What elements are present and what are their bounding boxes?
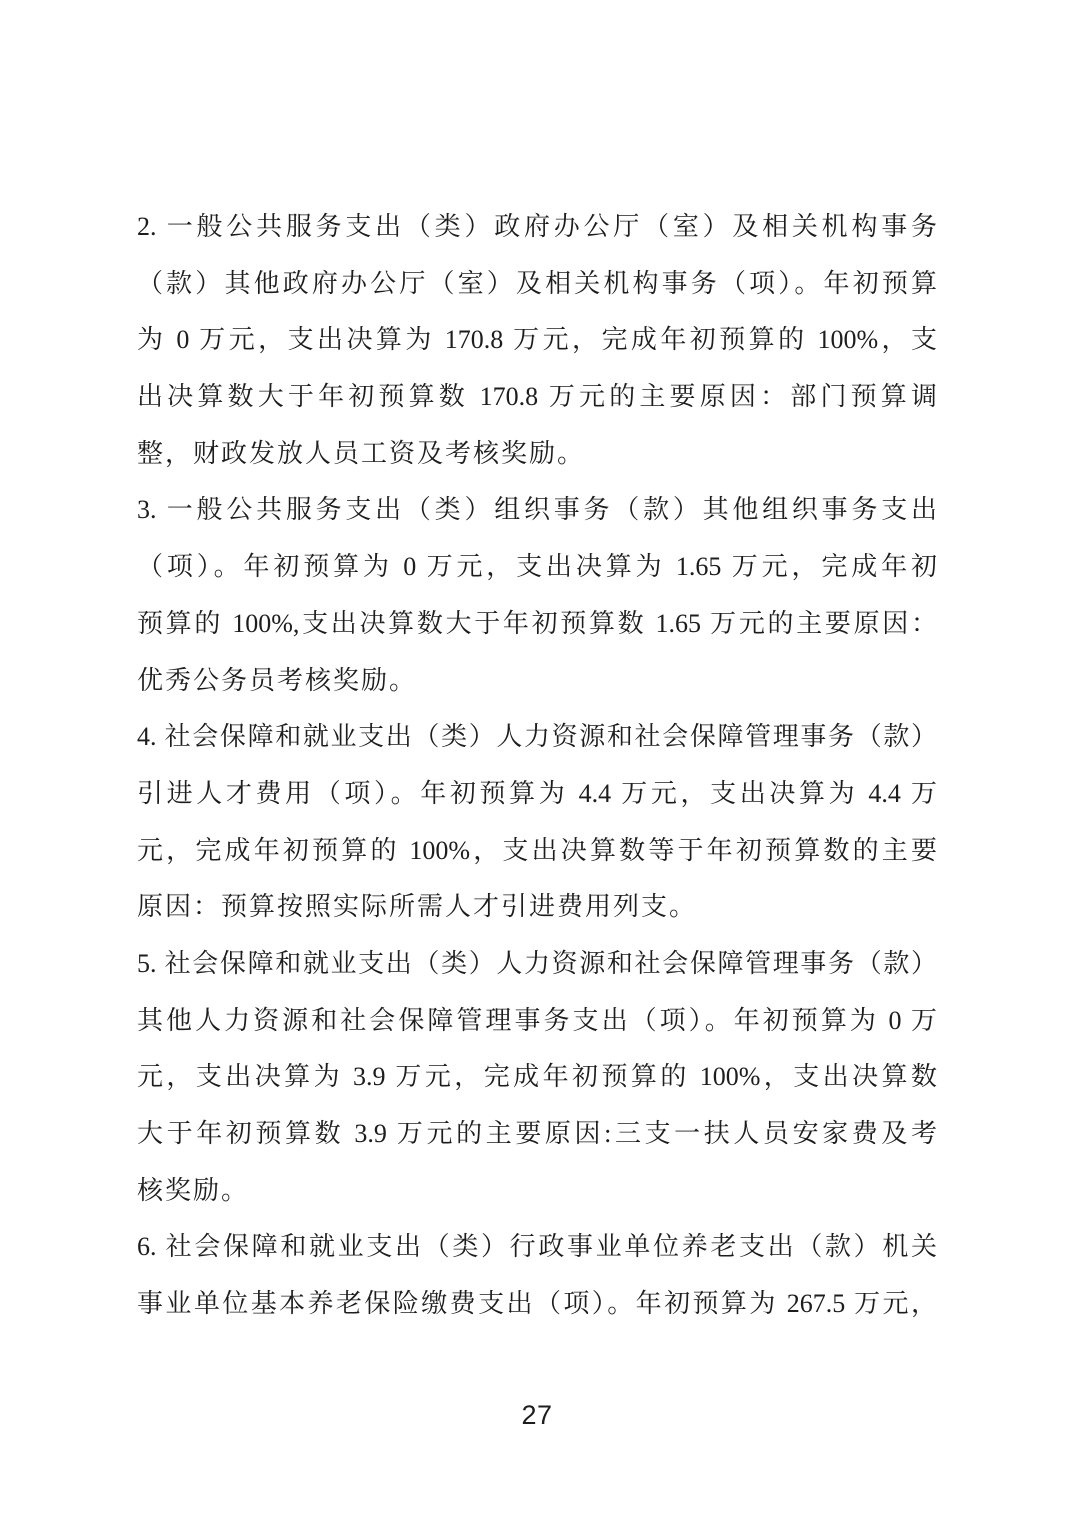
text-line: 6. 社会保障和就业支出（类）行政事业单位养老支出（款）机关 — [137, 1219, 937, 1276]
text-line: 引进人才费用（项）。年初预算为 4.4 万元，支出决算为 4.4 万 — [137, 766, 937, 823]
page-number: 27 — [521, 1400, 552, 1430]
paragraph-item-4: 4. 社会保障和就业支出（类）人力资源和社会保障管理事务（款）引进人才费用（项）… — [137, 709, 937, 936]
text-line: 5. 社会保障和就业支出（类）人力资源和社会保障管理事务（款） — [137, 936, 937, 993]
text-line: 优秀公务员考核奖励。 — [137, 653, 937, 710]
text-line: 3. 一般公共服务支出（类）组织事务（款）其他组织事务支出 — [137, 482, 937, 539]
document-page: 2. 一般公共服务支出（类）政府办公厅（室）及相关机构事务（款）其他政府办公厅（… — [0, 0, 1074, 1520]
page-footer: 27 — [0, 1400, 1074, 1431]
paragraph-item-5: 5. 社会保障和就业支出（类）人力资源和社会保障管理事务（款）其他人力资源和社会… — [137, 936, 937, 1219]
text-line: （款）其他政府办公厅（室）及相关机构事务（项）。年初预算 — [137, 256, 937, 313]
text-line: （项）。年初预算为 0 万元，支出决算为 1.65 万元，完成年初 — [137, 539, 937, 596]
text-line: 整，财政发放人员工资及考核奖励。 — [137, 426, 937, 483]
paragraph-item-6: 6. 社会保障和就业支出（类）行政事业单位养老支出（款）机关事业单位基本养老保险… — [137, 1219, 937, 1332]
text-line: 原因：预算按照实际所需人才引进费用列支。 — [137, 879, 937, 936]
text-line: 预算的 100%,支出决算数大于年初预算数 1.65 万元的主要原因： — [137, 596, 937, 653]
text-line: 元，支出决算为 3.9 万元，完成年初预算的 100%，支出决算数 — [137, 1049, 937, 1106]
text-line: 核奖励。 — [137, 1163, 937, 1220]
text-line: 事业单位基本养老保险缴费支出（项）。年初预算为 267.5 万元， — [137, 1276, 937, 1333]
text-block: 2. 一般公共服务支出（类）政府办公厅（室）及相关机构事务（款）其他政府办公厅（… — [137, 199, 937, 1333]
text-line: 大于年初预算数 3.9 万元的主要原因:三支一扶人员安家费及考 — [137, 1106, 937, 1163]
paragraph-item-3: 3. 一般公共服务支出（类）组织事务（款）其他组织事务支出（项）。年初预算为 0… — [137, 482, 937, 709]
text-line: 2. 一般公共服务支出（类）政府办公厅（室）及相关机构事务 — [137, 199, 937, 256]
text-line: 4. 社会保障和就业支出（类）人力资源和社会保障管理事务（款） — [137, 709, 937, 766]
text-line: 其他人力资源和社会保障管理事务支出（项）。年初预算为 0 万 — [137, 993, 937, 1050]
paragraph-item-2: 2. 一般公共服务支出（类）政府办公厅（室）及相关机构事务（款）其他政府办公厅（… — [137, 199, 937, 482]
text-line: 为 0 万元，支出决算为 170.8 万元，完成年初预算的 100%，支 — [137, 312, 937, 369]
text-line: 出决算数大于年初预算数 170.8 万元的主要原因：部门预算调 — [137, 369, 937, 426]
text-line: 元，完成年初预算的 100%，支出决算数等于年初预算数的主要 — [137, 823, 937, 880]
